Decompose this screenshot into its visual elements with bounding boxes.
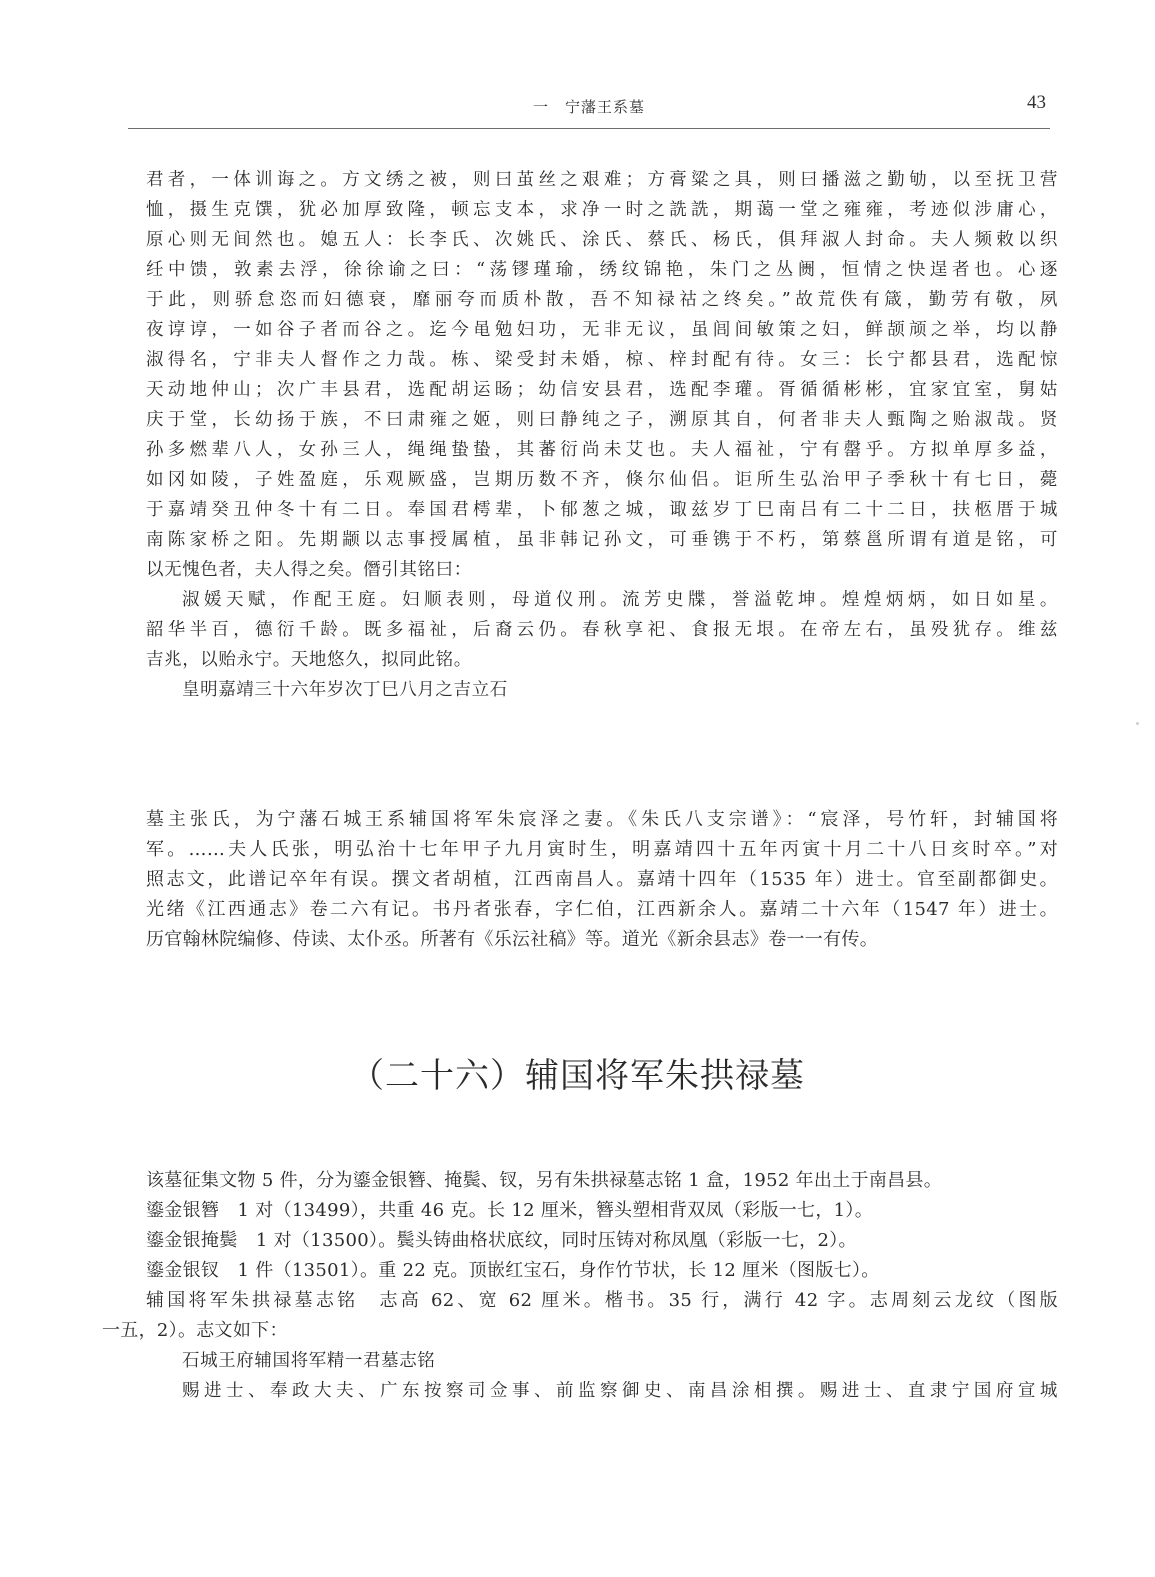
commentary-line: 照志文，此谱记卒年有误。撰文者胡植，江西南昌人。嘉靖十四年（1535 年）进士。… (146, 865, 1058, 895)
date-line: 皇明嘉靖三十六年岁次丁巳八月之吉立石 (146, 675, 1058, 705)
epitaph-entry-continuation: 一五，2）。志文如下： (102, 1316, 1058, 1346)
epitaph-entry-name: 辅国将军朱拱禄墓志铭 (146, 1290, 358, 1311)
inscription-line: 淑媛天赋，作配王庭。妇顺表则，母道仪刑。流芳史牒，誉溢乾坤。煌煌炳炳，如日如星。 (146, 585, 1058, 615)
epitaph-line: 于嘉靖癸丑仲冬十有二日。奉国君樗辈，卜郁葱之城，诹兹岁丁巳南吕有二十二日，扶柩厝… (146, 495, 1058, 525)
artifact-description: 1 对（13499），共重 46 克。长 12 厘米，簪头塑相背双凤（彩版一七，… (238, 1200, 873, 1221)
section-intro: 该墓征集文物 5 件，分为鎏金银簪、掩鬓、钗，另有朱拱禄墓志铭 1 盒，1952… (146, 1166, 1058, 1196)
epitaph-text-block: 君者，一体训诲之。方文绣之被，则曰茧丝之艰难；方膏粱之具，则曰播滋之勤劬，以至抚… (146, 165, 1058, 705)
page-number: 43 (1027, 92, 1046, 114)
artifact-entry: 鎏金银钗 1 件（13501）。重 22 克。顶嵌红宝石，身作竹节状，长 12 … (146, 1256, 1058, 1286)
commentary-line: 光绪《江西通志》卷二六有记。书丹者张春，字仁伯，江西新余人。嘉靖二十六年（154… (146, 895, 1058, 925)
epitaph-entry: 辅国将军朱拱禄墓志铭 志高 62、宽 62 厘米。楷书。35 行，满行 42 字… (146, 1286, 1058, 1316)
commentary-block: 墓主张氏，为宁藩石城王系辅国将军朱宸泽之妻。《朱氏八支宗谱》：“宸泽，号竹轩，封… (146, 805, 1058, 955)
epitaph-title: 石城王府辅国将军精一君墓志铭 (146, 1346, 1058, 1376)
epitaph-line: 原心则无间然也。媳五人：长李氏、次姚氏、涂氏、蔡氏、杨氏，俱拜淑人封命。夫人频敕… (146, 225, 1058, 255)
epitaph-line: 孙多燃辈八人，女孙三人，绳绳蛰蛰，其蕃衍尚未艾也。夫人福祉，宁有罄乎。方拟单厚多… (146, 435, 1058, 465)
commentary-line: 军。……夫人氏张，明弘治十七年甲子九月寅时生，明嘉靖四十五年丙寅十月二十八日亥时… (146, 835, 1058, 865)
artifact-name: 鎏金银掩鬓 (146, 1230, 238, 1251)
running-title: 一 宁藩王系墓 (128, 96, 1050, 117)
epitaph-line: 天动地仲山；次广丰县君，选配胡运旸；幼信安县君，选配李瓘。胥循循彬彬，宜家宜室，… (146, 375, 1058, 405)
inscription-line: 韶华半百，德衍千龄。既多福祉，后裔云仍。春秋享祀、食报无垠。在帝左右，虽殁犹存。… (146, 615, 1058, 645)
epitaph-line: 以无愧色者，夫人得之矣。僭引其铭曰： (146, 555, 1058, 585)
running-header: 一 宁藩王系墓 43 (128, 92, 1050, 129)
epitaph-line: 于此，则骄怠恣而妇德衰，靡丽夸而质朴散，吾不知禄祜之终矣。”故荒佚有箴，勤劳有敬… (146, 285, 1058, 315)
inscription-line: 吉兆，以贻永宁。天地悠久，拟同此铭。 (146, 645, 1058, 675)
artifact-description: 1 件（13501）。重 22 克。顶嵌红宝石，身作竹节状，长 12 厘米（图版… (238, 1260, 880, 1281)
section-heading: （二十六）辅国将军朱拱禄墓 (0, 1048, 1155, 1097)
epitaph-line: 南陈家桥之阳。先期颛以志事授属植，虽非韩记孙文，可垂镌于不朽，第蔡邕所谓有道是铭… (146, 525, 1058, 555)
epitaph-line: 庆于堂，长幼扬于族，不曰肃雍之姬，则曰静纯之子，溯原其自，何者非夫人甄陶之贻淑哉… (146, 405, 1058, 435)
epitaph-line: 君者，一体训诲之。方文绣之被，则曰茧丝之艰难；方膏粱之具，则曰播滋之勤劬，以至抚… (146, 165, 1058, 195)
section-body: 该墓征集文物 5 件，分为鎏金银簪、掩鬓、钗，另有朱拱禄墓志铭 1 盒，1952… (146, 1166, 1058, 1406)
epitaph-line: 纴中馈，敦素去浮，徐徐谕之曰：“荡镠瑾瑜，绣纹锦艳，朱门之丛阓，恒情之快逞者也。… (146, 255, 1058, 285)
artifact-name: 鎏金银簪 (146, 1200, 219, 1221)
epitaph-line: 如冈如陵，子姓盈庭，乐观厥盛，岂期历数不齐，倏尔仙侣。讵所生弘治甲子季秋十有七日… (146, 465, 1058, 495)
epitaph-line: 淑得名，宁非夫人督作之力哉。栋、梁受封未婚，椋、梓封配有待。女三：长宁都县君，选… (146, 345, 1058, 375)
artifact-entry: 鎏金银簪 1 对（13499），共重 46 克。长 12 厘米，簪头塑相背双凤（… (146, 1196, 1058, 1226)
epitaph-first-line: 赐进士、奉政大夫、广东按察司佥事、前监察御史、南昌涂相撰。赐进士、直隶宁国府宣城 (146, 1376, 1058, 1406)
commentary-line: 历官翰林院编修、侍读、太仆丞。所著有《乐沄社稿》等。道光《新余县志》卷一一有传。 (146, 925, 1058, 955)
artifact-description: 1 对（13500）。鬓头铸曲格状底纹，同时压铸对称凤凰（彩版一七，2）。 (256, 1230, 857, 1251)
scan-speck (1136, 722, 1139, 725)
epitaph-entry-description: 志高 62、宽 62 厘米。楷书。35 行，满行 42 字。志周刻云龙纹（图版 (380, 1290, 1058, 1311)
artifact-name: 鎏金银钗 (146, 1260, 219, 1281)
artifact-entry: 鎏金银掩鬓 1 对（13500）。鬓头铸曲格状底纹，同时压铸对称凤凰（彩版一七，… (146, 1226, 1058, 1256)
epitaph-line: 夜谆谆，一如谷子者而谷之。迄今黾勉妇功，无非无议，虽闾间敏策之妇，鲜颉颃之举，均… (146, 315, 1058, 345)
epitaph-line: 恤，摄生克馔，犹必加厚致隆，顿忘支本，求净一时之詵詵，期蔼一堂之雍雍，考迹似涉庸… (146, 195, 1058, 225)
commentary-line: 墓主张氏，为宁藩石城王系辅国将军朱宸泽之妻。《朱氏八支宗谱》：“宸泽，号竹轩，封… (146, 805, 1058, 835)
